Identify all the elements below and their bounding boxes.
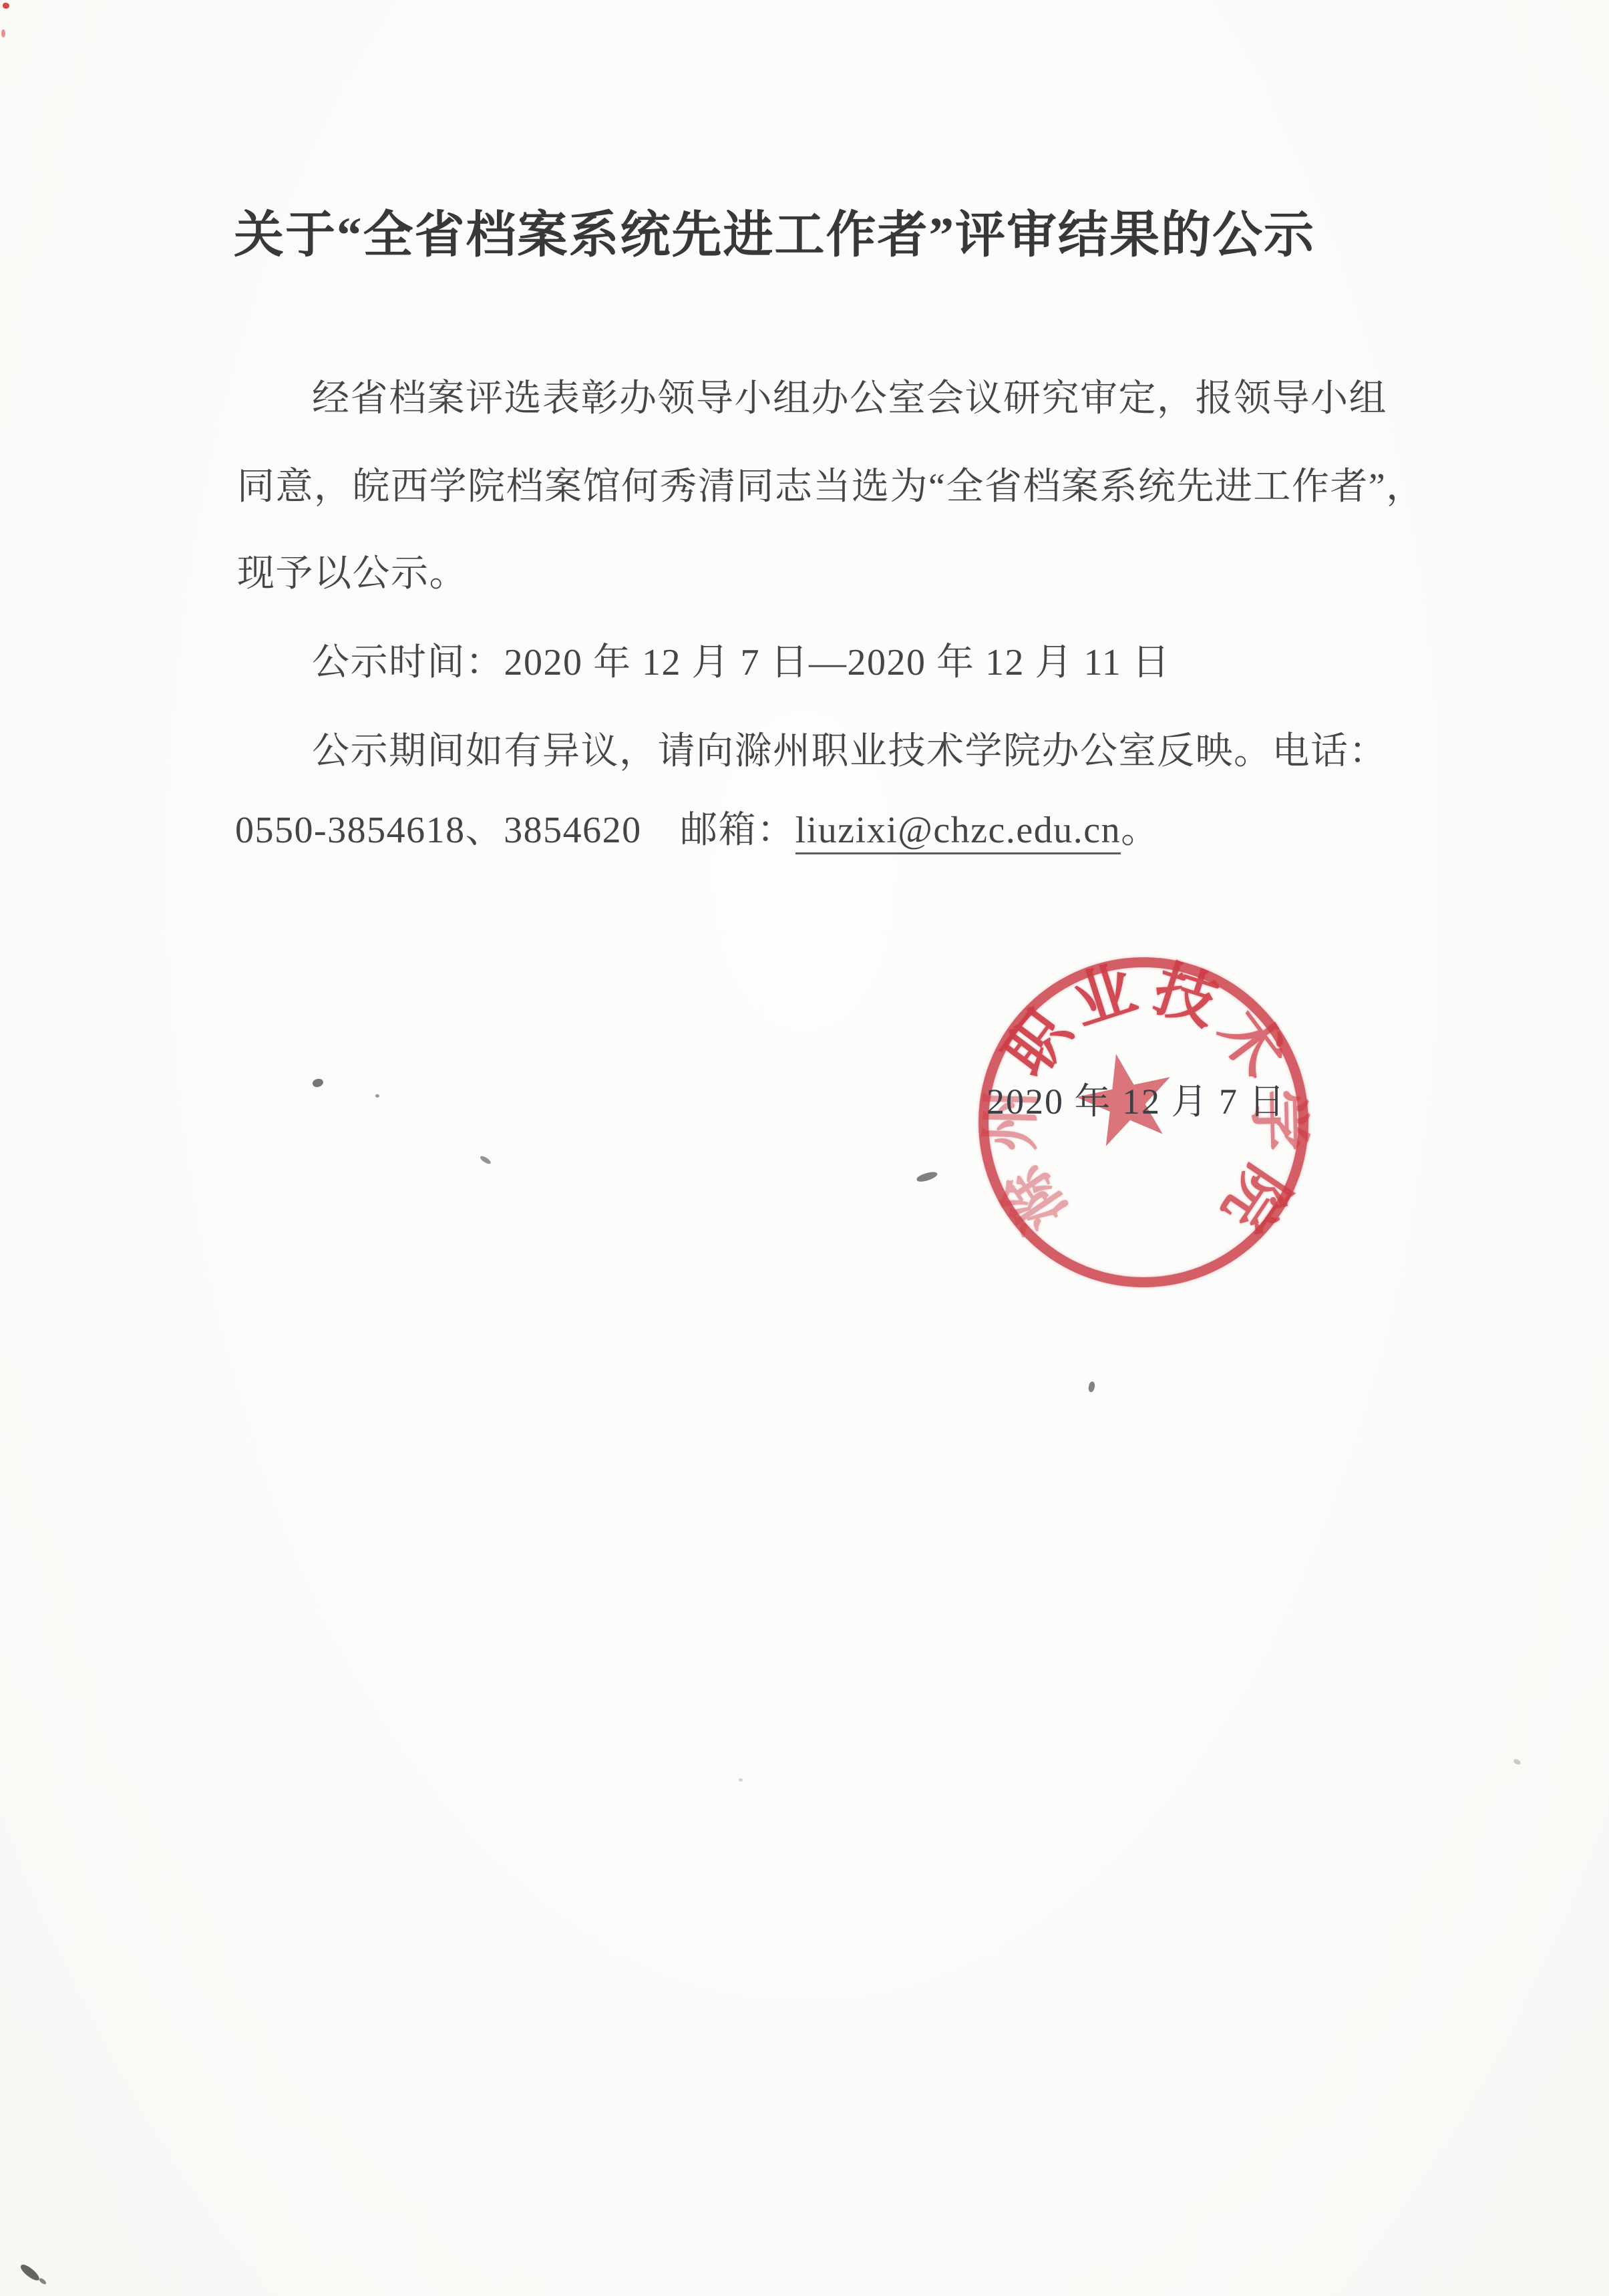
document-date: 2020 年 12 月 7 日 [987, 1073, 1286, 1124]
email-address: liuzixi@chzc.edu.cn [795, 810, 1121, 854]
scanned-document-page: 关于“全省档案系统先进工作者”评审结果的公示 经省档案评选表彰办领导小组办公室会… [0, 0, 1609, 2296]
email-label: 邮箱： [642, 810, 795, 851]
corner-mark [38, 2277, 47, 2285]
period-mark: 。 [1121, 810, 1159, 851]
paragraph-line-3: 现予以公示。 [237, 552, 468, 596]
objection-contact-line: 公示期间如有异议，请向滁州职业技术学院办公室反映。电话： [312, 729, 1387, 774]
pencil-mark [916, 1170, 938, 1183]
contact-line: 0550-3854618、3854620 邮箱：liuzixi@chzc.edu… [235, 808, 1159, 852]
page-title: 关于“全省档案系统先进工作者”评审结果的公示 [234, 195, 1315, 267]
red-speck [3, 3, 9, 9]
ink-speck [1087, 1381, 1095, 1393]
red-speck [1, 29, 5, 37]
corner-mark [19, 2263, 41, 2283]
publicity-period-line: 公示时间：2020 年 12 月 7 日—2020 年 12 月 11 日 [312, 641, 1170, 685]
ink-speck [311, 1078, 324, 1089]
paragraph-line-2: 同意，皖西学院档案馆何秀清同志当选为“全省档案系统先进工作者”， [237, 465, 1425, 509]
ink-speck [480, 1155, 492, 1165]
ink-speck [739, 1778, 743, 1782]
ink-speck [375, 1094, 379, 1098]
ink-speck [1513, 1758, 1522, 1766]
phone-numbers: 0550-3854618、3854620 [235, 810, 642, 851]
paragraph-line-1: 经省档案评选表彰办领导小组办公室会议研究审定，报领导小组 [312, 377, 1387, 421]
